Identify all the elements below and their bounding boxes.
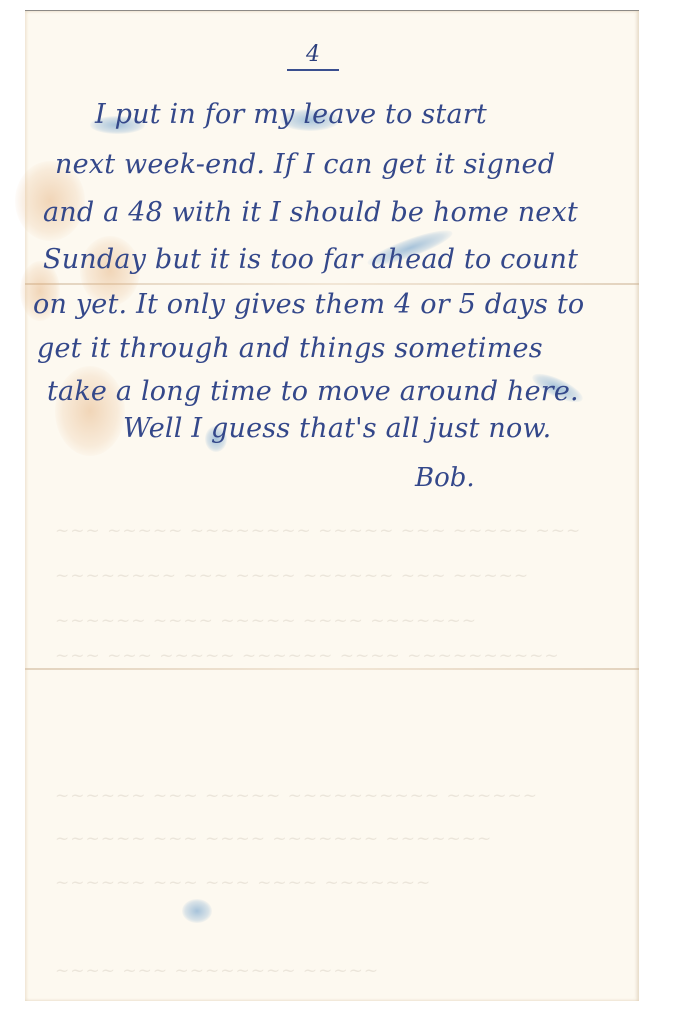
letter-line: on yet. It only gives them 4 or 5 days t… bbox=[33, 289, 584, 321]
letter-line: Sunday but it is too far ahead to count bbox=[43, 244, 578, 276]
letter-paper: ~~~ ~~~~~ ~~~~~~~~ ~~~~~ ~~~ ~~~~~ ~~~ ~… bbox=[25, 10, 639, 1001]
letter-line: next week-end. If I can get it signed bbox=[55, 149, 555, 181]
signature: Bob. bbox=[415, 463, 475, 493]
letter-line: I put in for my leave to start bbox=[95, 99, 487, 131]
letter-line: Well I guess that's all just now. bbox=[123, 413, 551, 445]
letter-line: get it through and things sometimes bbox=[37, 333, 543, 365]
letter-line: take a long time to move around here. bbox=[47, 376, 579, 408]
letter-line: and a 48 with it I should be home next bbox=[43, 197, 578, 229]
letter-body: I put in for my leave to start next week… bbox=[25, 11, 639, 1001]
scanned-page: ~~~ ~~~~~ ~~~~~~~~ ~~~~~ ~~~ ~~~~~ ~~~ ~… bbox=[0, 0, 685, 1024]
